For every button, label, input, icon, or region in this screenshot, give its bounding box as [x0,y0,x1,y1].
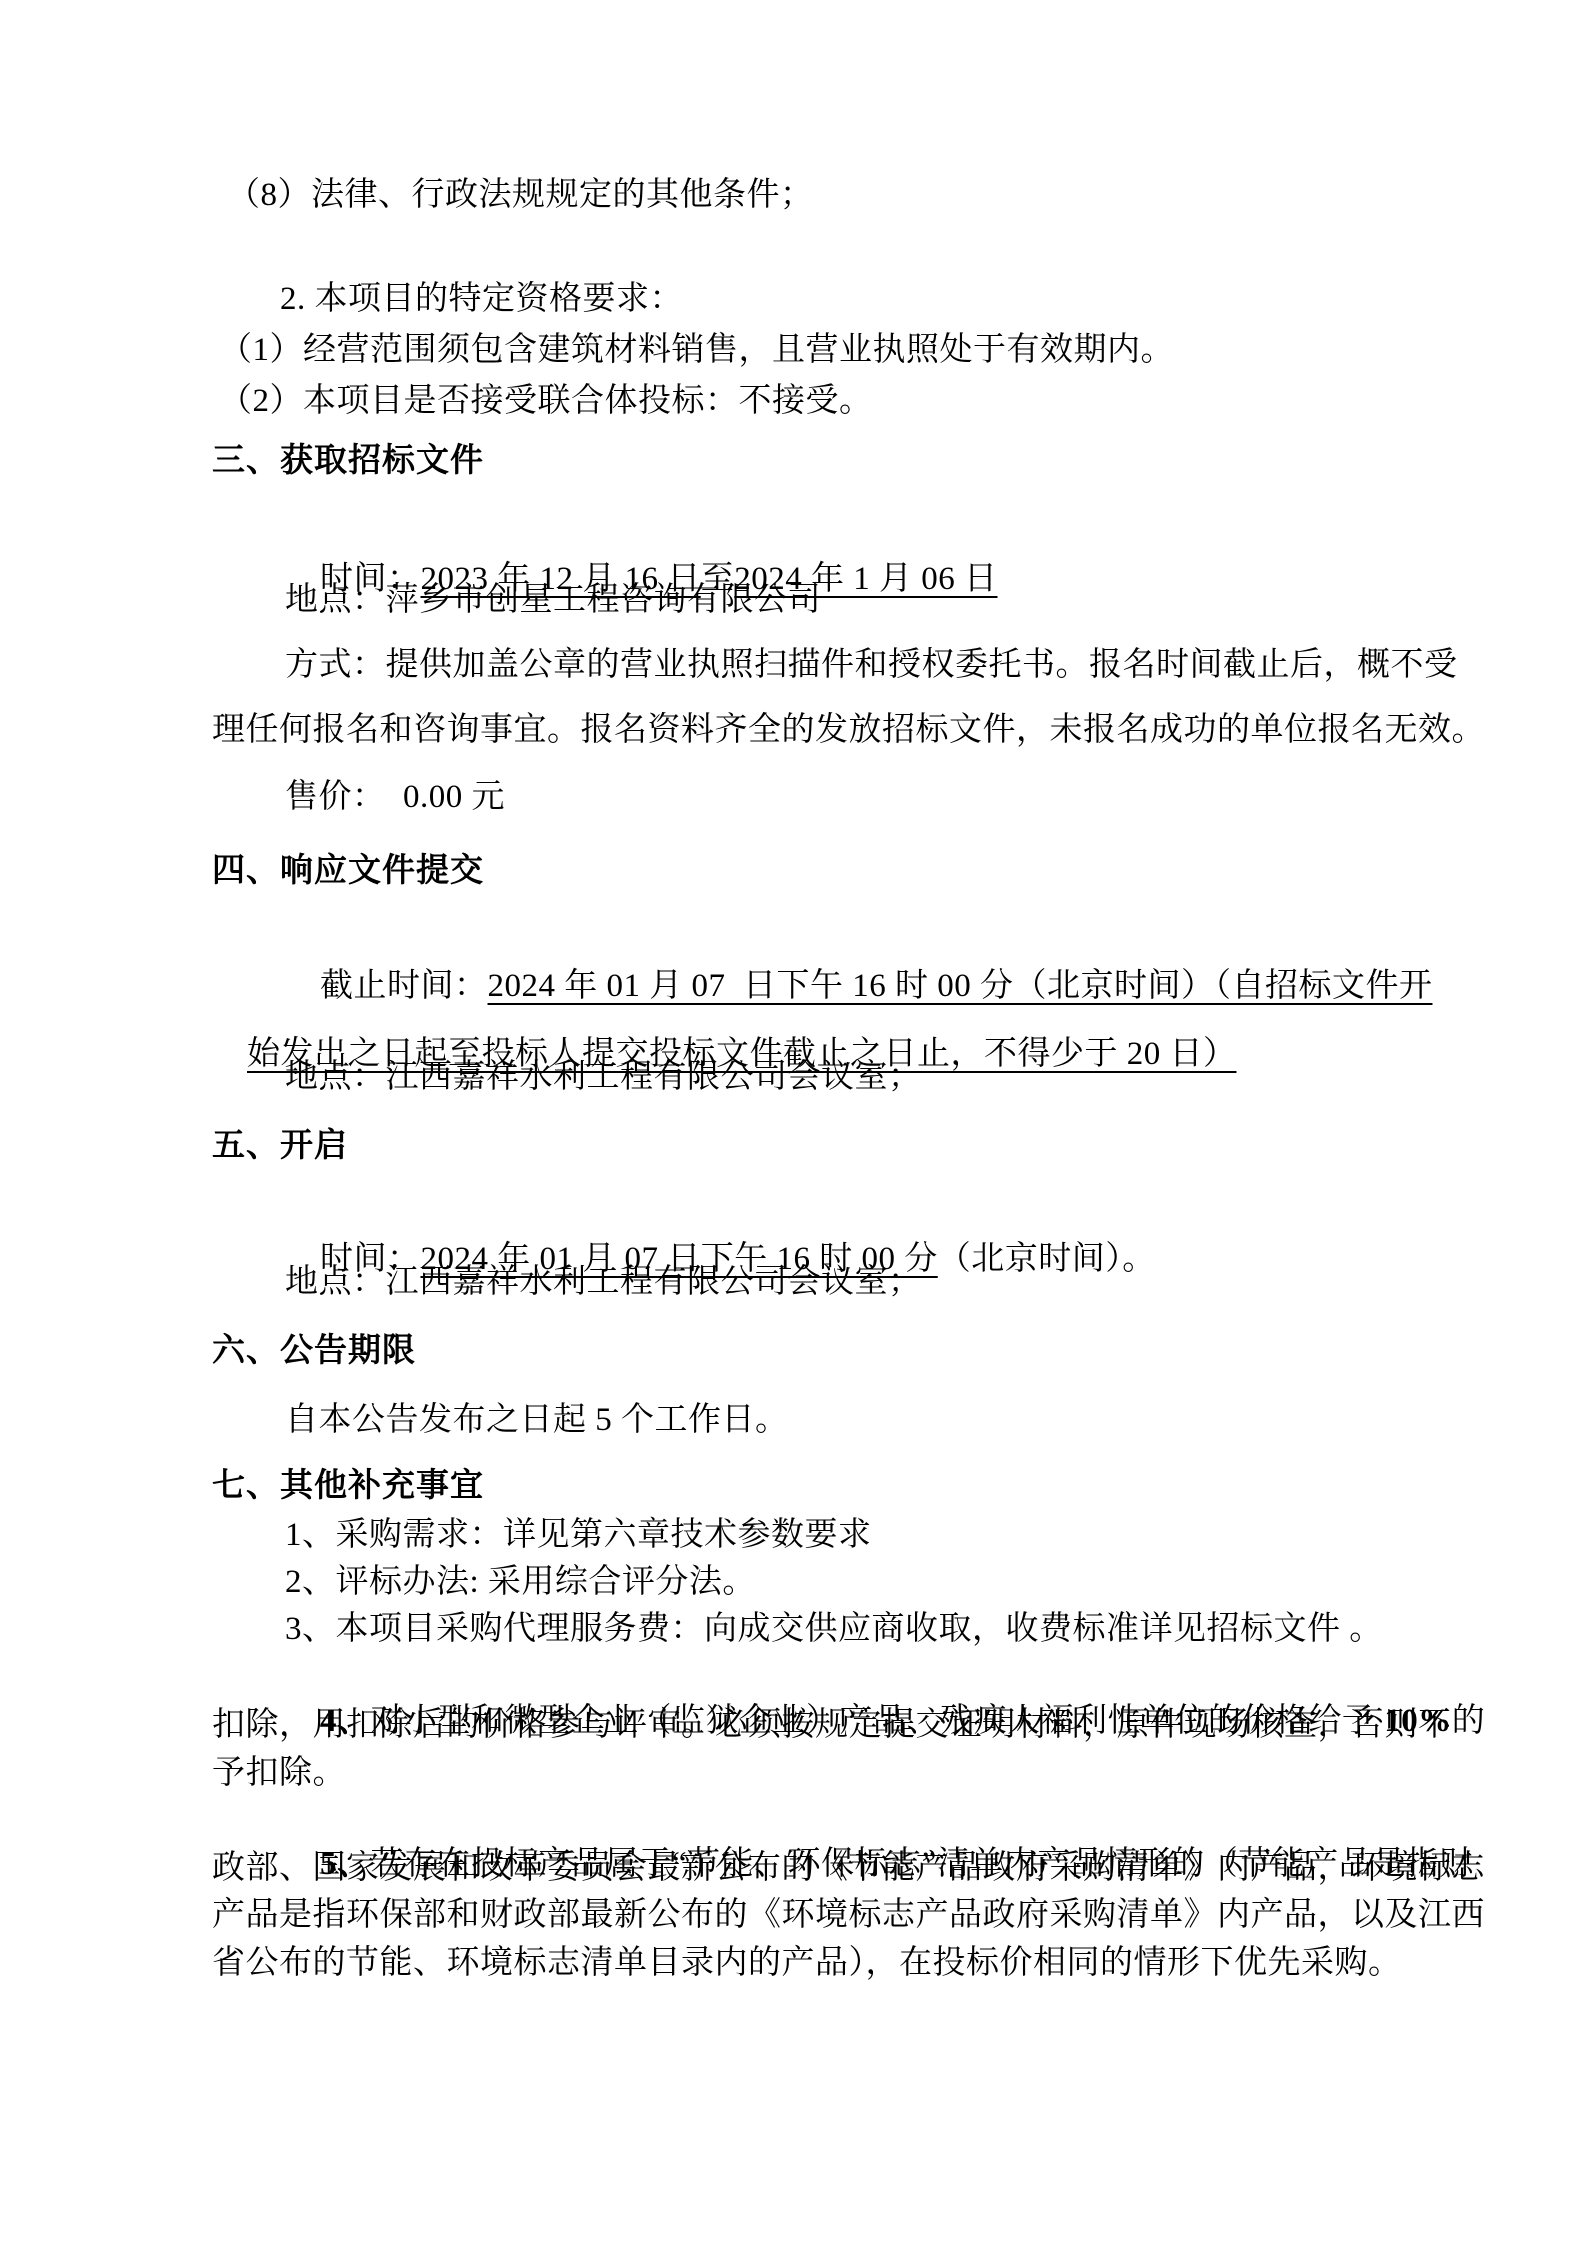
section-4-place: 地点：江西嘉祥水利工程有限公司会议室； [212,1055,1525,1099]
section-3-place: 地点：萍乡市创星工程咨询有限公司 [212,578,1525,622]
clause-8: （8）法律、行政法规规定的其他条件； [212,173,1467,217]
section-4-heading: 四、响应文件提交 [212,848,1452,892]
section-7-item-5-line-4: 省公布的节能、环境标志清单目录内的产品），在投标价相同的情形下优先采购。 [212,1941,1452,1985]
section-7-item-5-line-2: 政部、国家发展和改革委员会最新公布的《节能产品政府采购清单》内产品，环境标志 [212,1846,1452,1890]
section-6-body: 自本公告发布之日起 5 个工作日。 [212,1398,1525,1442]
section-4-deadline-line-2: 始发出之日起至投标人提交投标文件截止之日止，不得少于 20 日） [212,988,1452,1120]
section-5-time: 时间：2024 年 01 月 07 日下午 16 时 00 分（北京时间）。 [212,1193,1525,1325]
section-7-item-5-line-3: 产品是指环保部和财政部最新公布的《环境标志产品政府采购清单》内产品，以及江西 [212,1893,1452,1937]
section-7-item-4-line-3: 予扣除。 [212,1751,1452,1795]
special-requirement-item-2: （2）本项目是否接受联合体投标：不接受。 [212,379,1459,423]
section-7-heading: 七、其他补充事宜 [212,1463,1452,1507]
special-requirement-title: 2. 本项目的特定资格要求： [212,277,1520,321]
section-3-heading: 三、获取招标文件 [212,438,1452,482]
section-7-item-2: 2、评标办法: 采用综合评分法。 [212,1560,1525,1604]
section-3-method-line-2: 理任何报名和咨询事宜。报名资料齐全的发放招标文件，未报名成功的单位报名无效。 [212,708,1452,752]
special-requirement-item-1: （1）经营范围须包含建筑材料销售，且营业执照处于有效期内。 [212,328,1459,372]
item-4-text-c: 的 [1452,1703,1486,1739]
section-6-heading: 六、公告期限 [212,1328,1452,1372]
section-5-heading: 五、开启 [212,1123,1452,1167]
section-5-place: 地点：江西嘉祥水利工程有限公司会议室； [212,1260,1525,1304]
section-3-method-line-1: 方式：提供加盖公章的营业执照扫描件和授权委托书。报名时间截止后，概不受 [212,643,1525,687]
section-7-item-3: 3、本项目采购代理服务费：向成交供应商收取，收费标准详见招标文件 。 [212,1607,1525,1651]
section-3-price: 售价： 0.00 元 [212,775,1525,819]
section-7-item-4-line-2: 扣除，用扣除后的价格参与评审。必须按规定提交证明材料，原件现场核查，否则不 [212,1703,1452,1747]
document-page: （8）法律、行政法规规定的其他条件； 2. 本项目的特定资格要求： （1）经营范… [0,0,1587,2245]
section-7-item-1: 1、采购需求：详见第六章技术参数要求 [212,1513,1525,1557]
